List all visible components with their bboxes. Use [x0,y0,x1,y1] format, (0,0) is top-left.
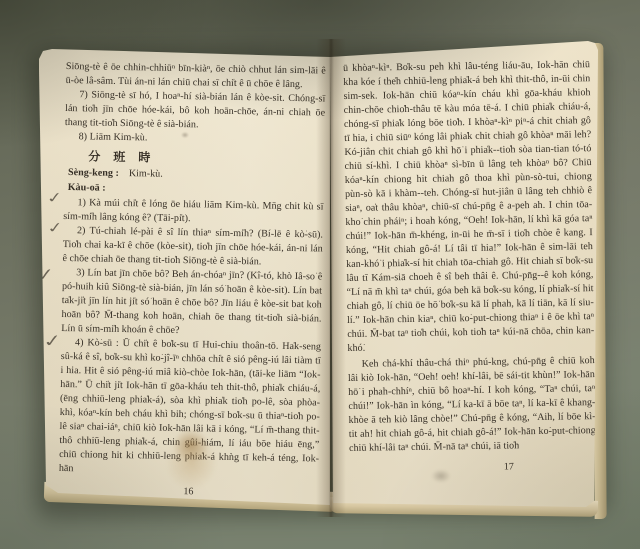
scripture-value: Kim-kù. [129,168,163,180]
paragraph: Siōng-tè ê ōe chhin-chhiūⁿ bīn-kiàⁿ, ōe … [66,60,326,93]
right-page-text: ū khòaⁿ-kìⁿ. Bo̍k-su peh khì lâu-téng li… [343,58,596,477]
left-page-text: Siōng-tè ê ōe chhin-chhiūⁿ bīn-kiàⁿ, ōe … [58,60,326,501]
item-text: 2) Tú-chiah lé-pài ê sî lín thiaⁿ sím-mi… [62,225,323,267]
item-text: 1) Kà múi chi̍t ê lóng ōe hiáu liām Kim-… [63,197,323,224]
checkmark-icon: ✓ [46,220,65,237]
item-text: 3) Lín bat jīn chōe bô? Beh án-chóaⁿ jīn… [61,267,322,336]
photo-background: Siōng-tè ê ōe chhin-chhiūⁿ bīn-kiàⁿ, ōe … [0,0,640,549]
numbered-item: ✓4) Kò͘-sū : Ū chi̍t ê bo̍k-su tī Hui-ch… [59,336,321,481]
paragraph: Keh chá-khí thâu-chá thiⁿ phú-kng, chú-p… [348,354,597,456]
numbered-item: ✓1) Kà múi chi̍t ê lóng ōe hiáu liām Kim… [63,196,323,229]
paragraph: ū khòaⁿ-kìⁿ. Bo̍k-su peh khì lâu-téng li… [343,58,595,356]
open-book: Siōng-tè ê ōe chhin-chhiūⁿ bīn-kiàⁿ, ōe … [30,35,610,530]
checkmark-icon: ✓ [46,190,65,207]
scripture-label: Sèng-keng : [68,167,119,179]
numbered-item: ✓2) Tú-chiah lé-pài ê sî lín thiaⁿ sím-m… [62,224,323,271]
checkmark-icon: ✓ [42,332,63,349]
numbered-item: ✓3) Lín bat jīn chōe bô? Beh án-chóaⁿ jī… [61,266,322,341]
paragraph: 7) Siōng-tè sī hó, I hoaⁿ-hí sià-bián lá… [65,88,326,135]
item-text: 4) Kò͘-sū : Ū chi̍t ê bo̍k-su tī Hui-chi… [59,337,321,474]
section-header: 分 班 時 [88,149,324,167]
checkmark-icon: ✓ [35,266,56,283]
